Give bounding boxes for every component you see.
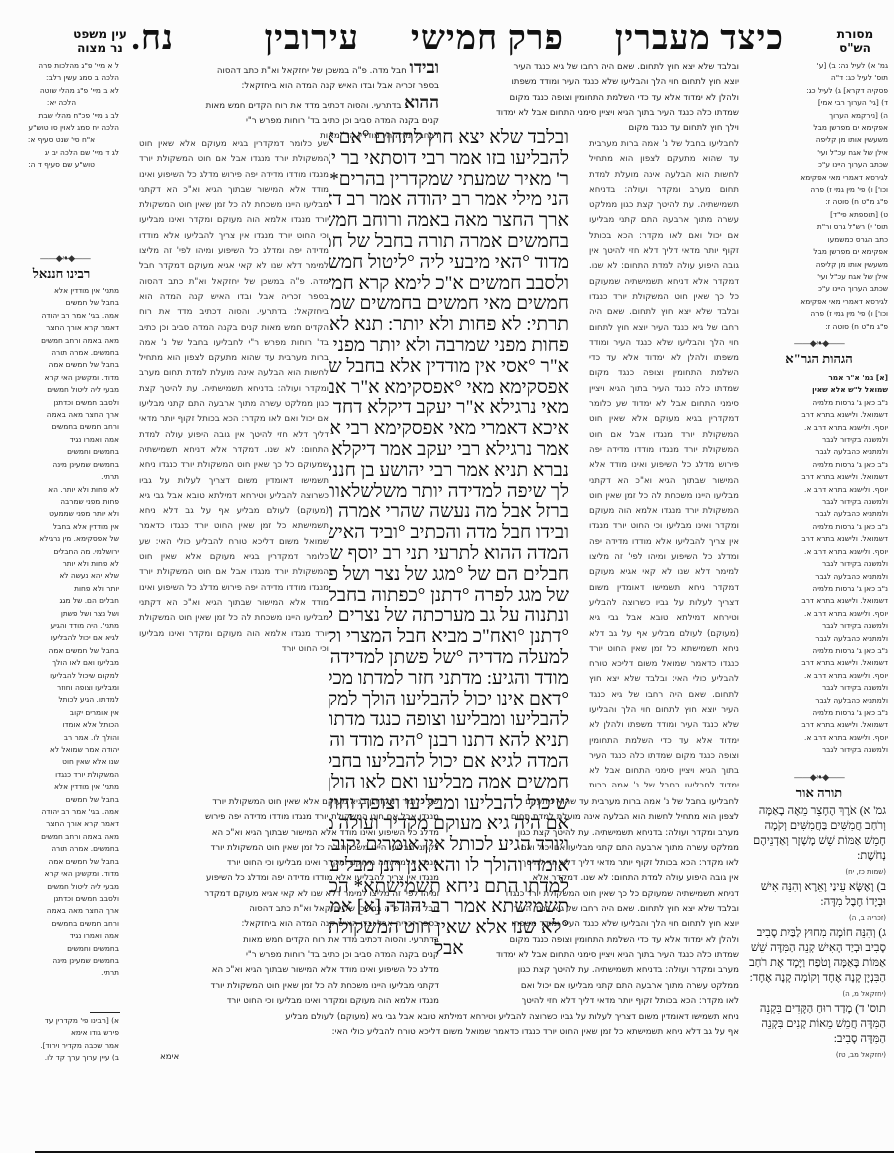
gemara-line: ברזל אבל מה נעשה שהרי אמרה תורה xyxy=(329,502,569,523)
gemara-line: פחות מפני שמרבה ולא יותר מפני שממעט xyxy=(329,336,569,357)
hagahot-hagra-notes: [א] גמ' א"ר אמר שמואל ל"ש אלא שאין נ"ב כ… xyxy=(748,372,888,757)
hagahot-entry: ולמתניא כהבלעה לגבר xyxy=(748,446,888,458)
ein-mishpat-entry: הלכה ב סמג עשין רלב: xyxy=(4,72,119,84)
verse-source: (זכריה ב, ה) xyxy=(849,914,886,922)
rashi-side-column: שע כלומר דמקדרין בגיא מעוקם אלא שאין חוט… xyxy=(139,137,329,787)
gemara-line: להבליעו ומבליעו וצופה כנגד מדתו וחוזר xyxy=(329,710,569,731)
section-divider-ornament: ——◆❧◆—— xyxy=(20,253,110,265)
torah-or-title: תורה אור xyxy=(754,784,884,802)
masoret-entry: גמ' א) לעיל נה: ב) [ע' xyxy=(748,60,888,72)
hagahot-entry: יוסף. ולישנא בתרא דרב א. xyxy=(748,422,888,434)
hagahot-entry: שמואל ל"ש אלא שאין xyxy=(748,384,888,396)
gemara-line: °דאם אינו יכול להבליעו הולך למקום שיכול xyxy=(329,690,569,711)
gemara-line: תרתי: לא פחות ולא יותר: תנא לא xyxy=(329,315,569,336)
rashi-line: ההוא בדתרעי. והסוה דכתיב מדד את רוח הקדי… xyxy=(109,95,439,114)
gemara-line: חמשים מאי חמשים בחמשים שמעת מינה xyxy=(329,294,569,315)
masoret-hashas-notes: גמ' א) לעיל נה: ב) [ע' תוס' לעיל כג: ד"ה… xyxy=(748,60,888,333)
hagahot-entry: [א] גמ' א"ר אמר xyxy=(748,372,888,384)
gemara-line: ובידו חבל מדה והכתיב °וביד האיש קנה xyxy=(329,523,569,544)
footnote: א) [רבינו פי' מקדרין עד xyxy=(4,1015,119,1027)
masoret-entry: אפקימא ים מפרשן מבל xyxy=(748,122,888,134)
rabbeinu-chananel-title: רבינו חננאל xyxy=(4,265,119,283)
gemara-line: הני מילי אמר רב יהודה אמר רב דאמר קרא xyxy=(329,190,569,211)
masoret-entry: פ"ג מ"ט ח) סוטה ז: xyxy=(748,196,888,208)
masoret-entry: לגירסא דאמרי מאי אפקימא xyxy=(748,172,888,184)
gemara-line: לך שיפה למדידה יותר משלשלאות של xyxy=(329,482,569,503)
gemara-line: להבליעו בזו אמר רבי דוסתאי בר ינאי משום xyxy=(329,149,569,170)
gemara-line: המדה לגיא אם יכול להבליעו בחבל של xyxy=(329,752,569,773)
ein-mishpat-entry: א"ח סי' שנט סעיף א: xyxy=(4,134,119,146)
rashi-line: ובידו חבל מדה. פ"ה במשכן של יחזקאל וא"ת … xyxy=(109,60,439,79)
ein-mishpat-entry: ל א מיי' פ"ג מהלכות פרה xyxy=(4,60,119,72)
footnote: ב) עיין ערוך ערך קד לו. xyxy=(4,1052,119,1064)
gemara-line: תניא להא דתנו רבנן °היה מודד והגיע xyxy=(329,731,569,752)
rashi-line: בספר זכריה אבל ובדו האיש קנה המדה הוא בי… xyxy=(109,79,439,94)
verse-source: (יחזקאל מב, טז) xyxy=(836,1051,886,1059)
masoret-label-line1: מסורת xyxy=(830,28,880,42)
torah-or-verse: ג) וְהִנֵּה חוֹמָה מִחוּץ לַבַּיִת סָבִי… xyxy=(748,926,886,1002)
chapter-number: פרק חמישי xyxy=(411,22,564,56)
ein-mishpat-entry: לא ב מיי' פ"ג מהלי שוטה xyxy=(4,85,119,97)
masoret-entry: שכתב הערוך היינו ע"כ xyxy=(748,159,888,171)
gemara-line: חבלים הם של °מגג של נצר ושל פשתן xyxy=(329,565,569,586)
gemara-line: ר' מאיר שמעתי שמקדרין בהרים*: גמ' מנא xyxy=(329,170,569,191)
rabbeinu-chananel-text: מתני' אין מודדין אלא בחבל של חמשים אמה. … xyxy=(4,285,119,980)
tractate-name: עירובין xyxy=(264,22,359,56)
tosafot-line: ולהלן לא ימדוד אלא עד כדי השלמת התחומין … xyxy=(454,91,739,106)
masoret-entry: תוס' י) רש"ל גרס ור"ת xyxy=(748,221,888,233)
tosafot-side-column: לחבליעו בחבל של נ' אמה ברות מערבית עד שה… xyxy=(589,137,739,787)
ein-mishpat-entry: הלכה יח סמג לאוין סו טוש"ע xyxy=(4,122,119,134)
section-divider-ornament: ——◆❧◆—— xyxy=(764,338,874,350)
ein-mishpat-line2: נר מצוה xyxy=(70,42,130,56)
masoret-entry: משעשין אותו מן קליפה xyxy=(748,134,888,146)
gemara-line: בחמשים אמרה תורה בחבל של חמשים אמה xyxy=(329,232,569,253)
ein-mishpat-notes: ל א מיי' פ"ג מהלכות פרה הלכה ב סמג עשין … xyxy=(4,60,119,172)
section-divider-ornament: ——◆❧◆—— xyxy=(764,772,874,784)
gemara-line: נברא תניא אמר רבי יהושע בן חנניא אין xyxy=(329,461,569,482)
ein-mishpat-entry: לג ד מיי' שם הלכה יב יג xyxy=(4,147,119,159)
footnote-divider xyxy=(90,1012,120,1013)
masoret-hashas-label: מסורת הש"ס xyxy=(830,28,880,56)
gemara-line: ולסבב חמשים א"כ לימא קרא חמשים xyxy=(329,274,569,295)
masoret-entry: ה) [נירקמא הערוך xyxy=(748,110,888,122)
ein-mishpat-entry: לב ג מיי' פכ"ח מהלי שבת xyxy=(4,110,119,122)
hagahot-entry: ולמשנה בקידור לגבר xyxy=(748,434,888,446)
masoret-entry: ד) [גי' הערוך רבי אמי] xyxy=(748,97,888,109)
tosafot-bottom-right: לחבליעו בחבל של נ' אמה ברות מערבית עד שה… xyxy=(449,795,739,1009)
torah-or-verse: ב) וָאֶשָּׂא עֵינַי וָאֵרֶא וְהִנֵּה אִי… xyxy=(748,880,886,926)
torah-or-verse: תוס' ד) מָדַד רוּחַ הַקָּדִים בִּקְנֵה ה… xyxy=(748,1002,886,1063)
gemara-line: א"ר °אסי אין מודדין אלא בחבל של xyxy=(329,357,569,378)
tosafot-line: ובלבד שלא יצא חוץ לתחום. שאם היה רחבו של… xyxy=(454,60,739,75)
hagahot-hagra-title: הגהות הגר"א xyxy=(754,350,884,368)
gemara-line: ובלבד שלא יצא חוץ לתחום °אם אינו יכול xyxy=(329,128,569,149)
masoret-entry: פסקיה דקרא] ג) לעיל כג: xyxy=(748,85,888,97)
gemara-line: למעלה מדדיה °של פשתן למדידה: היה xyxy=(329,648,569,669)
gemara-line: °דתנן °ואח"כ מביא חבל המצרי וקושרו xyxy=(329,627,569,648)
masoret-entry: ט) [תוספתא פי"ד] xyxy=(748,209,888,221)
rashi-dibbur-hamatchil: ובידו xyxy=(409,60,439,77)
hagahot-entry: דשמואל. ולישנא בתרא דרב xyxy=(748,409,888,421)
footnote: פירש גודו אימא xyxy=(4,1027,119,1039)
rashi-line: קנים בקנה המדה סביב וכן כתיב בד' רוחות מ… xyxy=(109,114,439,129)
gemara-line: מדוד °האי מיבעי ליה °ליטול חמשים xyxy=(329,253,569,274)
gemara-line: ארך החצר מאה באמה ורוחב חמשים xyxy=(329,211,569,232)
tosafot-line: יוצא חוץ לתחום חוי הלך והבליעו שלא כנגד … xyxy=(454,75,739,90)
footnote: אמר שכבה מקדיר וירוד]. xyxy=(4,1040,119,1052)
folio-number: נח. xyxy=(131,22,174,56)
gemara-line: של מגג לפרה °דתנן °כפתוה בחבל המגג xyxy=(329,586,569,607)
rashi-bottom-left: שע כלומר דמקדרין בגיא מעוקם אלא שאין חוט… xyxy=(109,795,439,1009)
gemara-line: המדה ההוא לתרעי תני רב יוסף שלשה xyxy=(329,544,569,565)
gemara-line: ונתנוה על גב מערכתה של נצרים לסוטה xyxy=(329,606,569,627)
ein-mishpat-entry: הלכה יא: xyxy=(4,97,119,109)
commentary-bottom-full: ניחא תשמישו דאומדין משום דצריך לעלות על … xyxy=(109,1010,739,1041)
hagahot-entry: נ"ב כאן ג' גרסות מלמיה xyxy=(748,397,888,409)
masoret-entry: כתב הגרס כמשמעו xyxy=(748,234,888,246)
verse-source: (יחזקאל מ, ה) xyxy=(842,990,886,998)
torah-or-verses: גמ' א) אֹרֶךְ הֶחָצֵר מֵאָה בָאַמָּה וְר… xyxy=(748,804,886,1063)
footnotes: א) [רבינו פי' מקדרין עד פירש גודו אימא א… xyxy=(4,1015,119,1065)
masoret-entry: תוס' לעיל כג: ד"ה xyxy=(748,72,888,84)
tosafot-line: שמדתו כלה כנגד העיר בתוך הגיא ויציין סימ… xyxy=(454,106,739,121)
gemara-line: מודד והגיע: מדתני חזר למדתו מכלל xyxy=(329,669,569,690)
ein-mishpat-line1: עין משפט xyxy=(70,28,130,42)
gemara-line: מאי נרגילא א"ר יעקב דיקלא דחד נברא xyxy=(329,398,569,419)
torah-or-verse: גמ' א) אֹרֶךְ הֶחָצֵר מֵאָה בָאַמָּה וְר… xyxy=(748,804,886,880)
catchword: אימא xyxy=(160,1050,179,1065)
gemara-line: חמשים אמה מבליעו ואם לאו הולך למקום xyxy=(329,773,569,794)
masoret-label-line2: הש"ס xyxy=(830,42,880,56)
gemara-line: אפסקימא מאי °אפסקימא א"ר אבא נרגילא xyxy=(329,378,569,399)
gemara-line: איכא דאמרי מאי אפסקימא רבי אבא xyxy=(329,419,569,440)
gemara-line: אמר נרגילא רבי יעקב אמר דיקלא דחד xyxy=(329,440,569,461)
masoret-entry: אילן של אגח עכ"ל ועי' xyxy=(748,147,888,159)
ein-mishpat-label: עין משפט נר מצוה xyxy=(70,28,130,56)
masoret-entry: וכו'] ו) פי' מין גמי ז) פרה xyxy=(748,184,888,196)
verse-source: (שמות כז, יח) xyxy=(845,868,886,876)
chapter-name: כיצד מעברין xyxy=(615,22,784,56)
ein-mishpat-entry: טוש"ע שם סעיף ד ה: xyxy=(4,159,119,171)
tosafot-commentary: ובלבד שלא יצא חוץ לתחום. שאם היה רחבו של… xyxy=(454,60,739,136)
rashi-dibbur-hamatchil: ההוא xyxy=(404,95,439,112)
